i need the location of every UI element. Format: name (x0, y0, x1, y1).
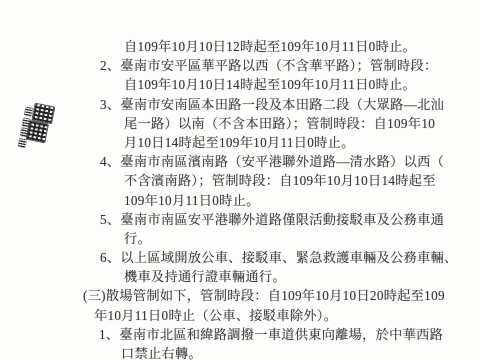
text-line: 1、臺南市北區和緯路調撥一車道供東向離場，於中華西路 (0, 325, 480, 344)
text-line: 行。 (0, 229, 480, 248)
text-line: 109年10月11日0時止。 (0, 191, 480, 210)
text-line: 6、以上區域開放公車、接駁車、緊急救護車輛及公務車輛、 (0, 248, 480, 267)
text-line: 2、臺南市安平區華平路以西（不含華平路）；管制時段： (0, 56, 480, 75)
document-text-block: 自109年10月10日12時起至109年10月11日0時止。 2、臺南市安平區華… (0, 37, 480, 360)
text-line: 不含濱南路）；管制時段：自109年10月10日14時起至 (0, 171, 480, 190)
text-line: 3、臺南市安南區本田路一段及本田路二段（大眾路—北汕 (0, 95, 480, 114)
text-line: 5、臺南市南區安平港聯外道路僅限活動接駁車及公務車通 (0, 210, 480, 229)
scanned-document-page: 自109年10月10日12時起至109年10月11日0時止。 2、臺南市安平區華… (0, 0, 480, 360)
text-line: (三)散場管制如下，管制時段：自109年10月10日20時起至109 (0, 286, 480, 305)
text-line: 月10日14時起至109年10月11日0時止。 (0, 133, 480, 152)
text-line: 尾一路）以南（不含本田路）；管制時段：自109年10 (0, 114, 480, 133)
text-line: 年10月11日0時止（公車、接駁車除外）。 (0, 306, 480, 325)
text-line: 機車及持通行證車輛通行。 (0, 267, 480, 286)
text-line: 口禁止右轉。 (0, 344, 480, 360)
text-line: 自109年10月10日12時起至109年10月11日0時止。 (0, 37, 480, 56)
text-line: 自109年10月10日14時起至109年10月11日0時止。 (0, 75, 480, 94)
text-line: 4、臺南市南區濱南路（安平港聯外道路—清水路）以西（ (0, 152, 480, 171)
